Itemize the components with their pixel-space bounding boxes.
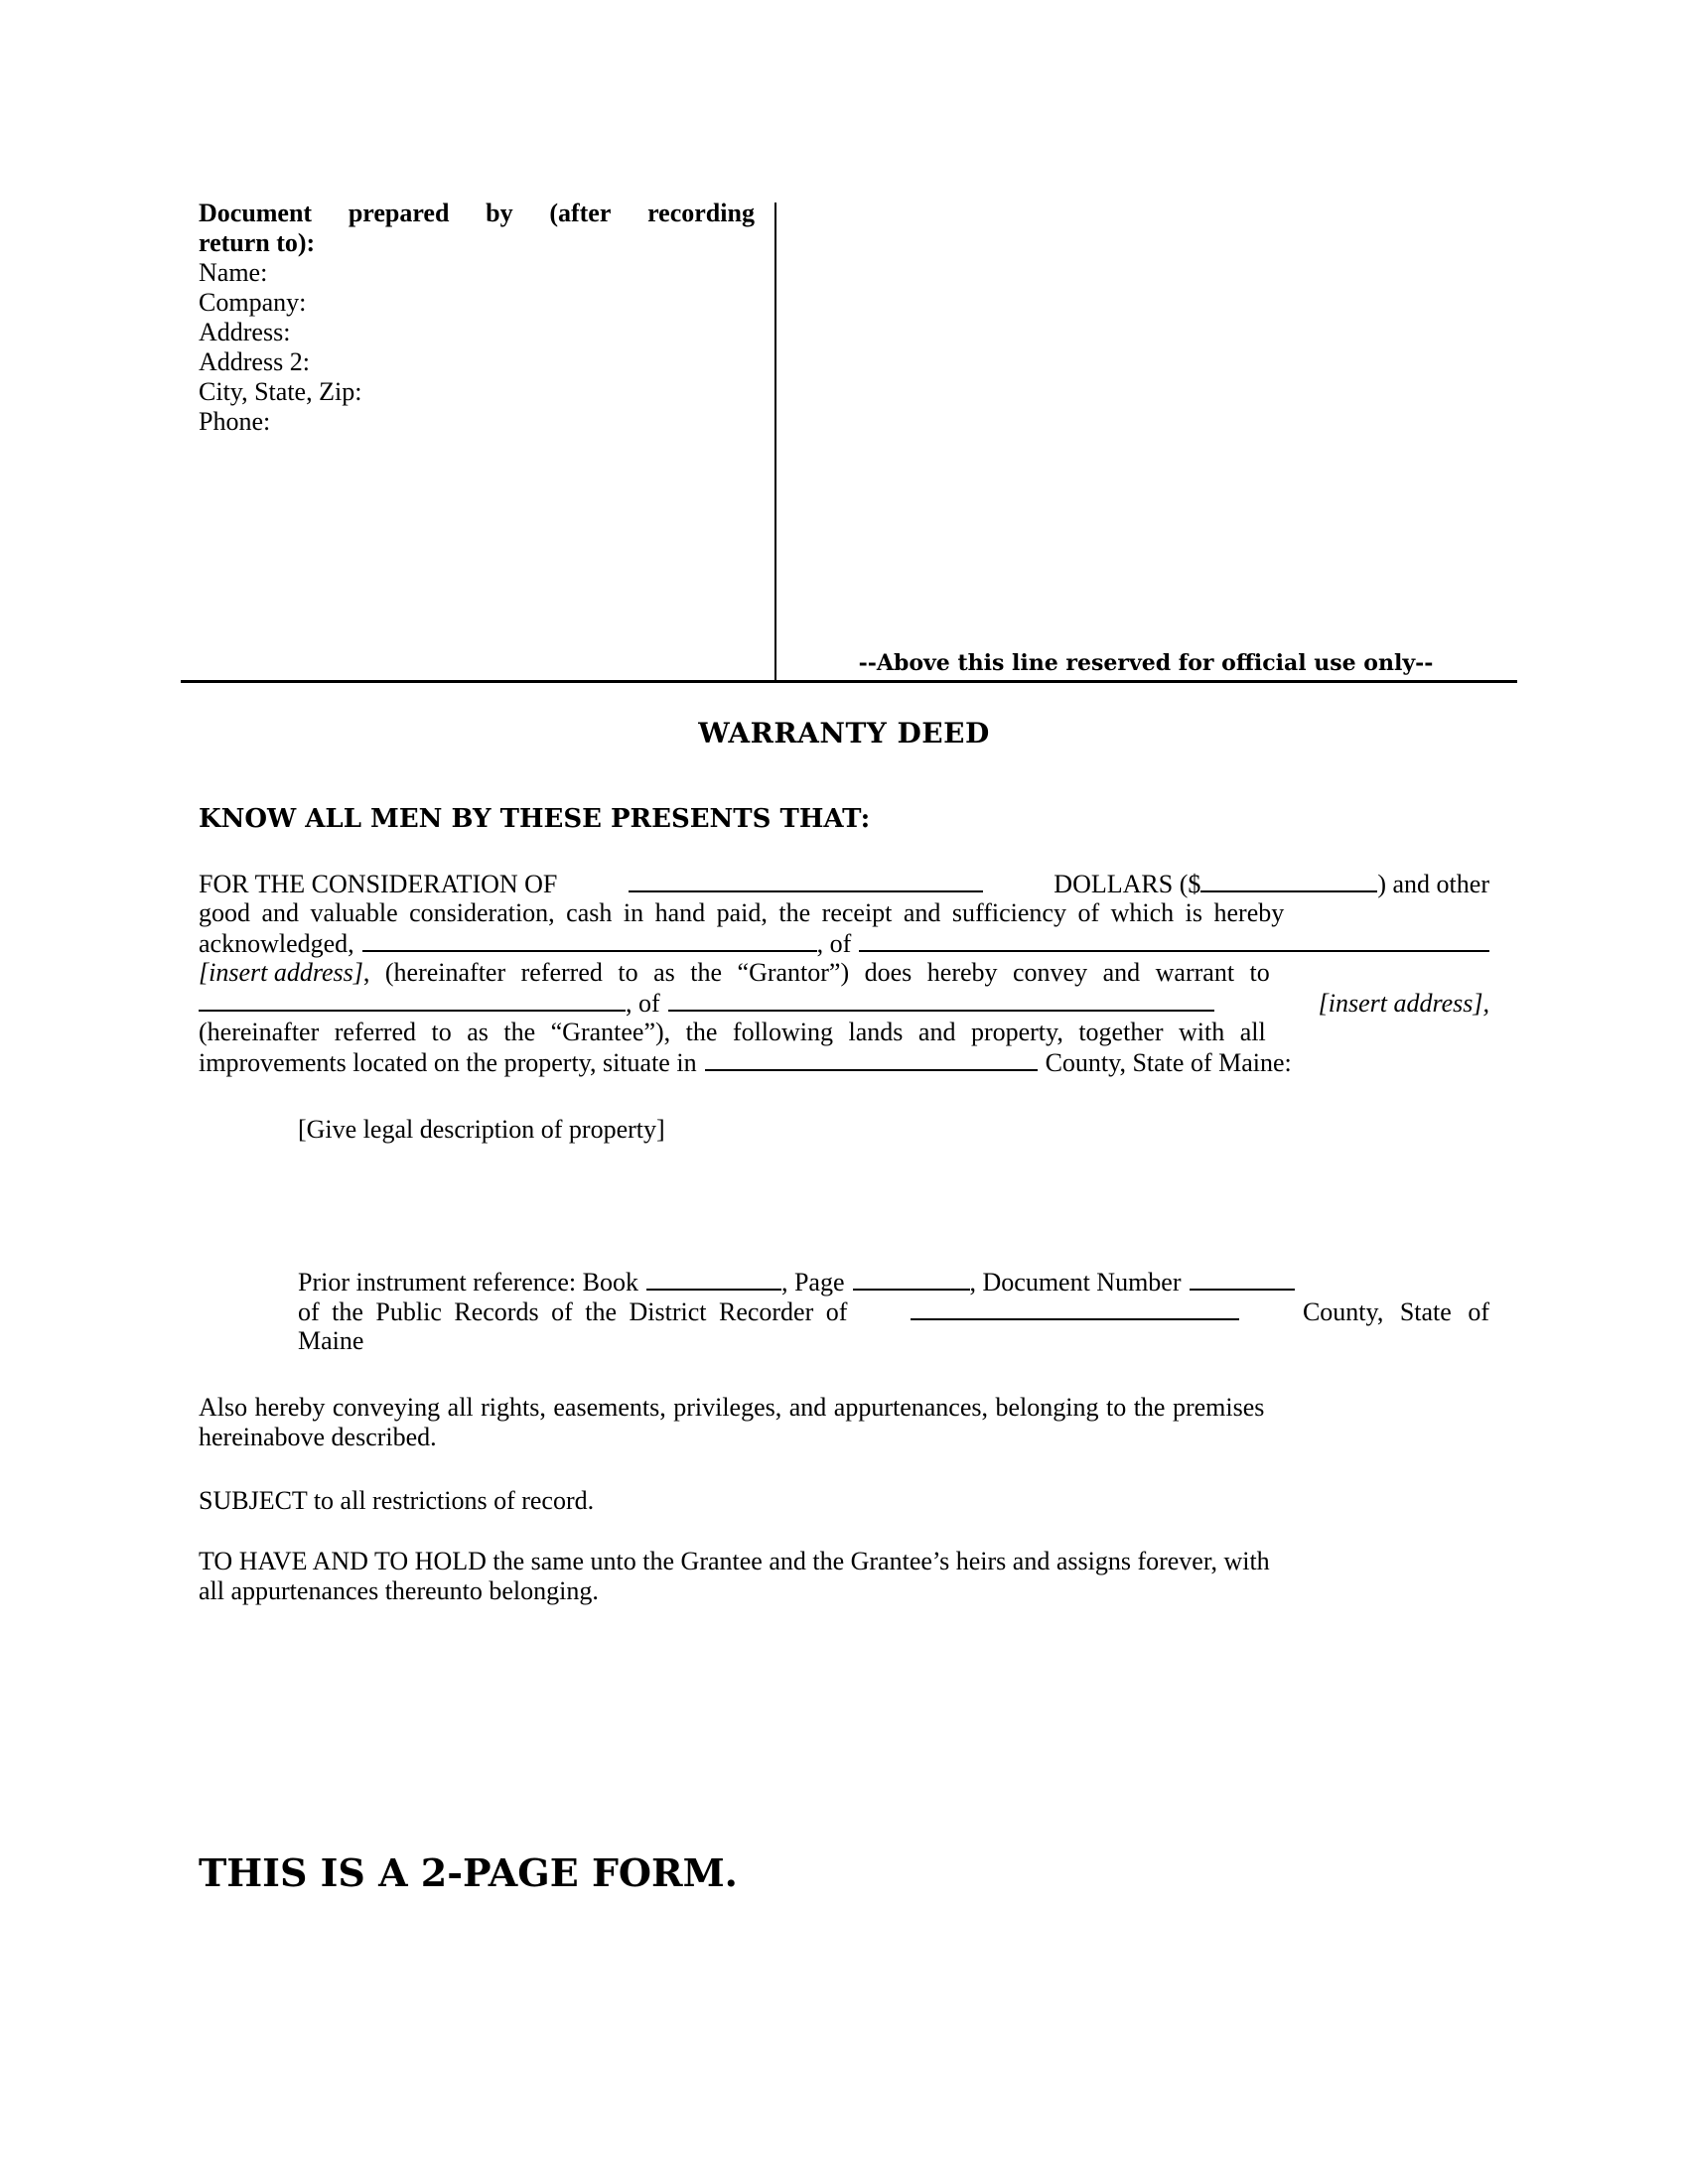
paragraph-line: good and valuable consideration, cash in… [199,898,1489,928]
text-segment: , Document Number [970,1268,1182,1297]
field-address2-label: Address 2: [199,347,755,377]
text-segment: , (hereinafter referred to as the “Grant… [363,958,1270,988]
text-segment: of the Public Records of the District Re… [298,1297,847,1327]
paragraph-line: acknowledged, , of [199,928,1489,958]
text-segment: , of [817,929,852,959]
field-city-state-zip-label: City, State, Zip: [199,377,755,407]
subject-clause: SUBJECT to all restrictions of record. [199,1486,594,1516]
legal-description-placeholder: [Give legal description of property] [298,1115,665,1145]
book-blank[interactable] [646,1267,781,1291]
paragraph-line: Also hereby conveying all rights, easeme… [199,1393,1489,1423]
dollars-group: DOLLARS ($) and other [1054,869,1489,899]
also-conveying-paragraph: Also hereby conveying all rights, easeme… [199,1393,1489,1452]
paragraph-line: (hereinafter referred to as the “Grantee… [199,1018,1489,1047]
text-segment: County, State of [1303,1297,1489,1327]
paragraph-line: FOR THE CONSIDERATION OF DOLLARS ($) and… [199,869,1489,898]
paragraph-line: Prior instrument reference: Book , Page … [298,1267,1489,1297]
intro-heading: KNOW ALL MEN BY THESE PRESENTS THAT: [199,804,870,834]
grantee-address-blank[interactable] [668,988,1214,1012]
paragraph-line: Maine [298,1326,1489,1356]
consideration-paragraph: FOR THE CONSIDERATION OF DOLLARS ($) and… [199,869,1489,1077]
paragraph-line: hereinabove described. [199,1423,1489,1452]
title-word: prepared [349,199,450,228]
title-word: by [486,199,512,228]
text-segment: Maine [298,1326,363,1356]
text-segment: hereinabove described. [199,1423,437,1452]
field-address-label: Address: [199,318,755,347]
title-word: Document [199,199,312,228]
insert-address-placeholder: [insert address] [199,958,363,988]
grantee-name-blank[interactable] [199,988,626,1012]
reserved-notice: --Above this line reserved for official … [774,650,1517,676]
field-company-label: Company: [199,288,755,318]
text-segment: (hereinafter referred to as the “Grantee… [199,1018,1266,1047]
paragraph-line: of the Public Records of the District Re… [298,1297,1489,1326]
text-segment: ) and other [1377,870,1489,898]
text-segment: County, State of Maine: [1046,1048,1292,1078]
consideration-amount-words-blank[interactable] [629,869,983,892]
vertical-divider [774,203,776,681]
text-segment: good and valuable consideration, cash in… [199,898,1284,928]
paragraph-line: [insert address] , (hereinafter referred… [199,958,1489,988]
field-phone-label: Phone: [199,407,755,437]
text-segment: Also hereby conveying all rights, easeme… [199,1393,1264,1423]
text-segment: all appurtenances thereunto belonging. [199,1576,599,1606]
text-segment: FOR THE CONSIDERATION OF [199,870,557,899]
text-segment: acknowledged, [199,929,354,959]
paragraph-line: improvements located on the property, si… [199,1047,1489,1077]
text-segment: improvements located on the property, si… [199,1048,697,1078]
text-segment: , Page [781,1268,845,1297]
field-name-label: Name: [199,258,755,288]
paragraph-line: , of [insert address], [199,988,1489,1018]
text-segment: Prior instrument reference: Book [298,1268,638,1297]
paragraph-line: all appurtenances thereunto belonging. [199,1576,1489,1606]
document-title: WARRANTY DEED [0,717,1688,751]
prepared-by-title: Document prepared by (after recording re… [199,199,755,258]
paragraph-line: TO HAVE AND TO HOLD the same unto the Gr… [199,1547,1489,1576]
prepared-by-title-line2: return to): [199,228,755,258]
prior-instrument-reference: Prior instrument reference: Book , Page … [298,1267,1489,1356]
grantor-address-blank[interactable] [859,928,1489,952]
title-word: recording [647,199,755,228]
title-word: (after [549,199,611,228]
text-segment: TO HAVE AND TO HOLD the same unto the Gr… [199,1547,1270,1576]
two-page-form-notice: THIS IS A 2-PAGE FORM. [199,1851,738,1895]
text-segment: , of [626,989,660,1019]
consideration-amount-number-blank[interactable] [1200,869,1377,892]
habendum-paragraph: TO HAVE AND TO HOLD the same unto the Gr… [199,1547,1489,1606]
grantor-name-blank[interactable] [362,928,817,952]
prepared-by-block: Document prepared by (after recording re… [199,199,755,437]
insert-address-placeholder: [insert address], [1319,989,1489,1019]
county-blank[interactable] [705,1047,1038,1071]
recording-divider-line [181,680,1517,683]
document-number-blank[interactable] [1190,1267,1295,1291]
recorder-county-blank[interactable] [911,1297,1239,1320]
text-segment: DOLLARS ($ [1054,870,1200,898]
document-page: Document prepared by (after recording re… [0,0,1688,2184]
page-blank[interactable] [853,1267,970,1291]
